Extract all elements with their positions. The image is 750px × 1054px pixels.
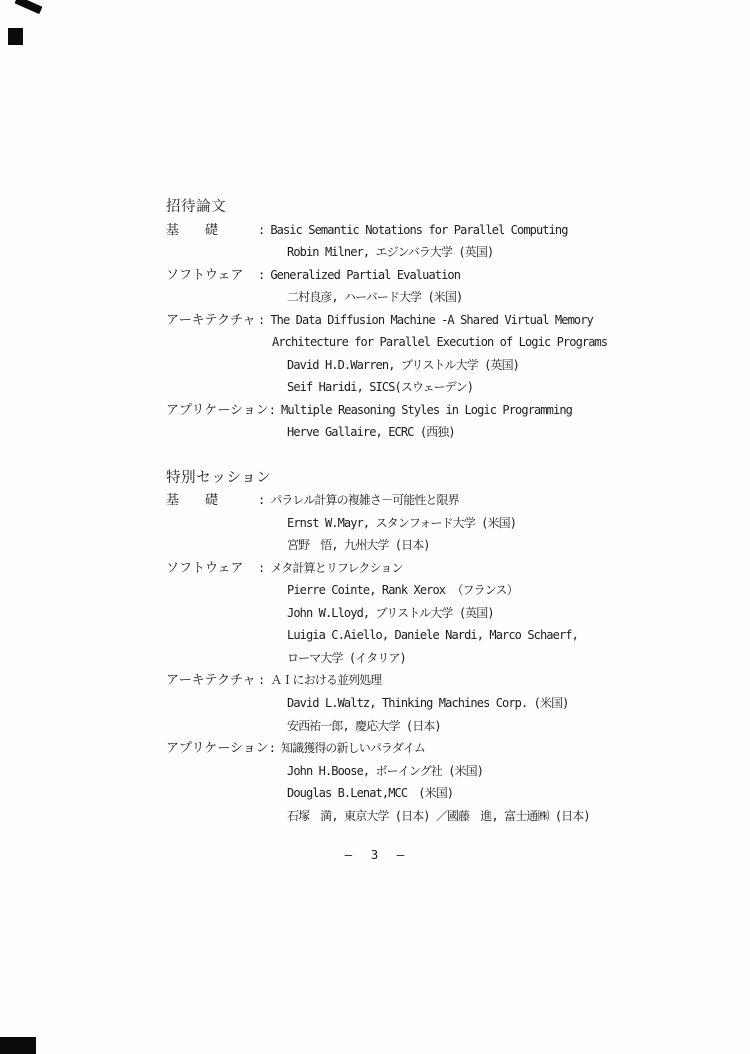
item-title-line: :Multiple Reasoning Styles in Logic Prog… [269,399,572,422]
author-affiliation: David H.D.Warren, ブリストル大学 (英国) [287,354,519,377]
scan-page: 招待論文基 礎:Basic Semantic Notations for Par… [0,0,750,1054]
author-row: John W.Lloyd, ブリストル大学 (英国) [166,602,736,625]
item-title: メタ計算とリフレクション [270,561,402,575]
footer: — 3 — [0,847,750,862]
category-label: アーキテクチャ [166,309,258,332]
item-title-line: :ＡＩにおける並列処理 [258,669,381,692]
author-row: John H.Boose, ボーイング社 (米国) [166,760,736,783]
author-affiliation: 宮野 悟, 九州大学 (日本) [287,534,430,557]
colon-separator: : [258,223,264,237]
category-label: ソフトウェア [166,557,258,580]
author-row: Luigia C.Aiello, Daniele Nardi, Marco Sc… [166,624,736,647]
program-item-row: ソフトウェア:メタ計算とリフレクション [166,557,736,580]
colon-separator: : [258,673,264,687]
title-continuation-row: Architecture for Parallel Execution of L… [166,331,736,354]
item-title: 知識獲得の新しいパラダイム [281,741,425,755]
item-title: パラレル計算の複雑さ－可能性と限界 [270,493,458,507]
item-title: The Data Diffusion Machine -A Shared Vir… [270,313,593,327]
author-affiliation: David L.Waltz, Thinking Machines Corp. (… [287,692,569,715]
item-title-line: :Generalized Partial Evaluation [258,264,460,287]
item-title: ＡＩにおける並列処理 [270,673,381,687]
author-row: ローマ大学 (イタリア) [166,647,736,670]
author-row: 宮野 悟, 九州大学 (日本) [166,534,736,557]
item-title: Generalized Partial Evaluation [270,268,460,282]
author-row: David L.Waltz, Thinking Machines Corp. (… [166,692,736,715]
author-affiliation: Herve Gallaire, ECRC (西独) [287,421,455,444]
author-row: 安西祐一郎, 慶応大学 (日本) [166,715,736,738]
item-title: Multiple Reasoning Styles in Logic Progr… [281,403,572,417]
author-affiliation: Luigia C.Aiello, Daniele Nardi, Marco Sc… [287,624,578,647]
program-item-row: 基 礎:Basic Semantic Notations for Paralle… [166,219,736,242]
author-row: 石塚 満, 東京大学 (日本) ／國藤 進, 富士通㈱ (日本) [166,805,736,828]
author-affiliation: Douglas B.Lenat,MCC (米国) [287,782,453,805]
item-title-line: :The Data Diffusion Machine -A Shared Vi… [258,309,593,332]
program-item-row: アーキテクチャ:The Data Diffusion Machine -A Sh… [166,309,736,332]
category-label: アーキテクチャ [166,669,258,692]
program-item-row: アーキテクチャ:ＡＩにおける並列処理 [166,669,736,692]
colon-separator: : [258,313,264,327]
colon-separator: : [258,561,264,575]
author-row: 二村良彦, ハーバード大学 (米国) [166,286,736,309]
author-affiliation: 石塚 満, 東京大学 (日本) ／國藤 進, 富士通㈱ (日本) [287,805,590,828]
author-row: Pierre Cointe, Rank Xerox （フランス） [166,579,736,602]
author-row: David H.D.Warren, ブリストル大学 (英国) [166,354,736,377]
colon-separator: : [258,268,264,282]
category-label: ソフトウェア [166,264,258,287]
item-title-line: :Basic Semantic Notations for Parallel C… [258,219,568,242]
author-affiliation: John H.Boose, ボーイング社 (米国) [287,760,483,783]
item-title-line: :知識獲得の新しいパラダイム [269,737,425,760]
author-affiliation: Seif Haridi, SICS(スウェーデン) [287,376,473,399]
author-row: Douglas B.Lenat,MCC (米国) [166,782,736,805]
author-affiliation: 安西祐一郎, 慶応大学 (日本) [287,715,441,738]
author-affiliation: 二村良彦, ハーバード大学 (米国) [287,286,462,309]
category-label: 基 礎 [166,219,258,242]
item-title-line: :メタ計算とリフレクション [258,557,403,580]
author-affiliation: ローマ大学 (イタリア) [287,647,406,670]
item-title: Basic Semantic Notations for Parallel Co… [270,223,567,237]
author-row: Robin Milner, エジンバラ大学 (英国) [166,241,736,264]
colon-separator: : [269,741,275,755]
category-label: 基 礎 [166,489,258,512]
section-heading: 招待論文 [166,196,226,219]
category-label: アプリケーション [166,737,269,760]
category-label: アプリケーション [166,399,269,422]
program-item-row: 基 礎:パラレル計算の複雑さ－可能性と限界 [166,489,736,512]
scan-mark-diagonal [15,0,43,14]
colon-separator: : [269,403,275,417]
document-body: 招待論文基 礎:Basic Semantic Notations for Par… [166,196,736,827]
author-affiliation: John W.Lloyd, ブリストル大学 (英国) [287,602,494,625]
colon-separator: : [258,493,264,507]
program-item-row: アプリケーション:Multiple Reasoning Styles in Lo… [166,399,736,422]
item-title-line: :パラレル計算の複雑さ－可能性と限界 [258,489,459,512]
scan-mark-bottom-bar [0,1037,36,1054]
scan-mark-square [8,28,23,45]
author-affiliation: Robin Milner, エジンバラ大学 (英国) [287,241,493,264]
author-row: Herve Gallaire, ECRC (西独) [166,421,736,444]
program-item-row: ソフトウェア:Generalized Partial Evaluation [166,264,736,287]
section-heading-row: 招待論文 [166,196,736,219]
page-number: — 3 — [345,847,406,862]
item-title-continuation: Architecture for Parallel Execution of L… [272,331,607,354]
author-row: Ernst W.Mayr, スタンフォード大学 (米国) [166,512,736,535]
author-affiliation: Ernst W.Mayr, スタンフォード大学 (米国) [287,512,516,535]
author-row: Seif Haridi, SICS(スウェーデン) [166,376,736,399]
author-affiliation: Pierre Cointe, Rank Xerox （フランス） [287,579,518,602]
program-item-row: アプリケーション:知識獲得の新しいパラダイム [166,737,736,760]
section-heading: 特別セッション [166,467,271,490]
section-heading-row: 特別セッション [166,467,736,490]
